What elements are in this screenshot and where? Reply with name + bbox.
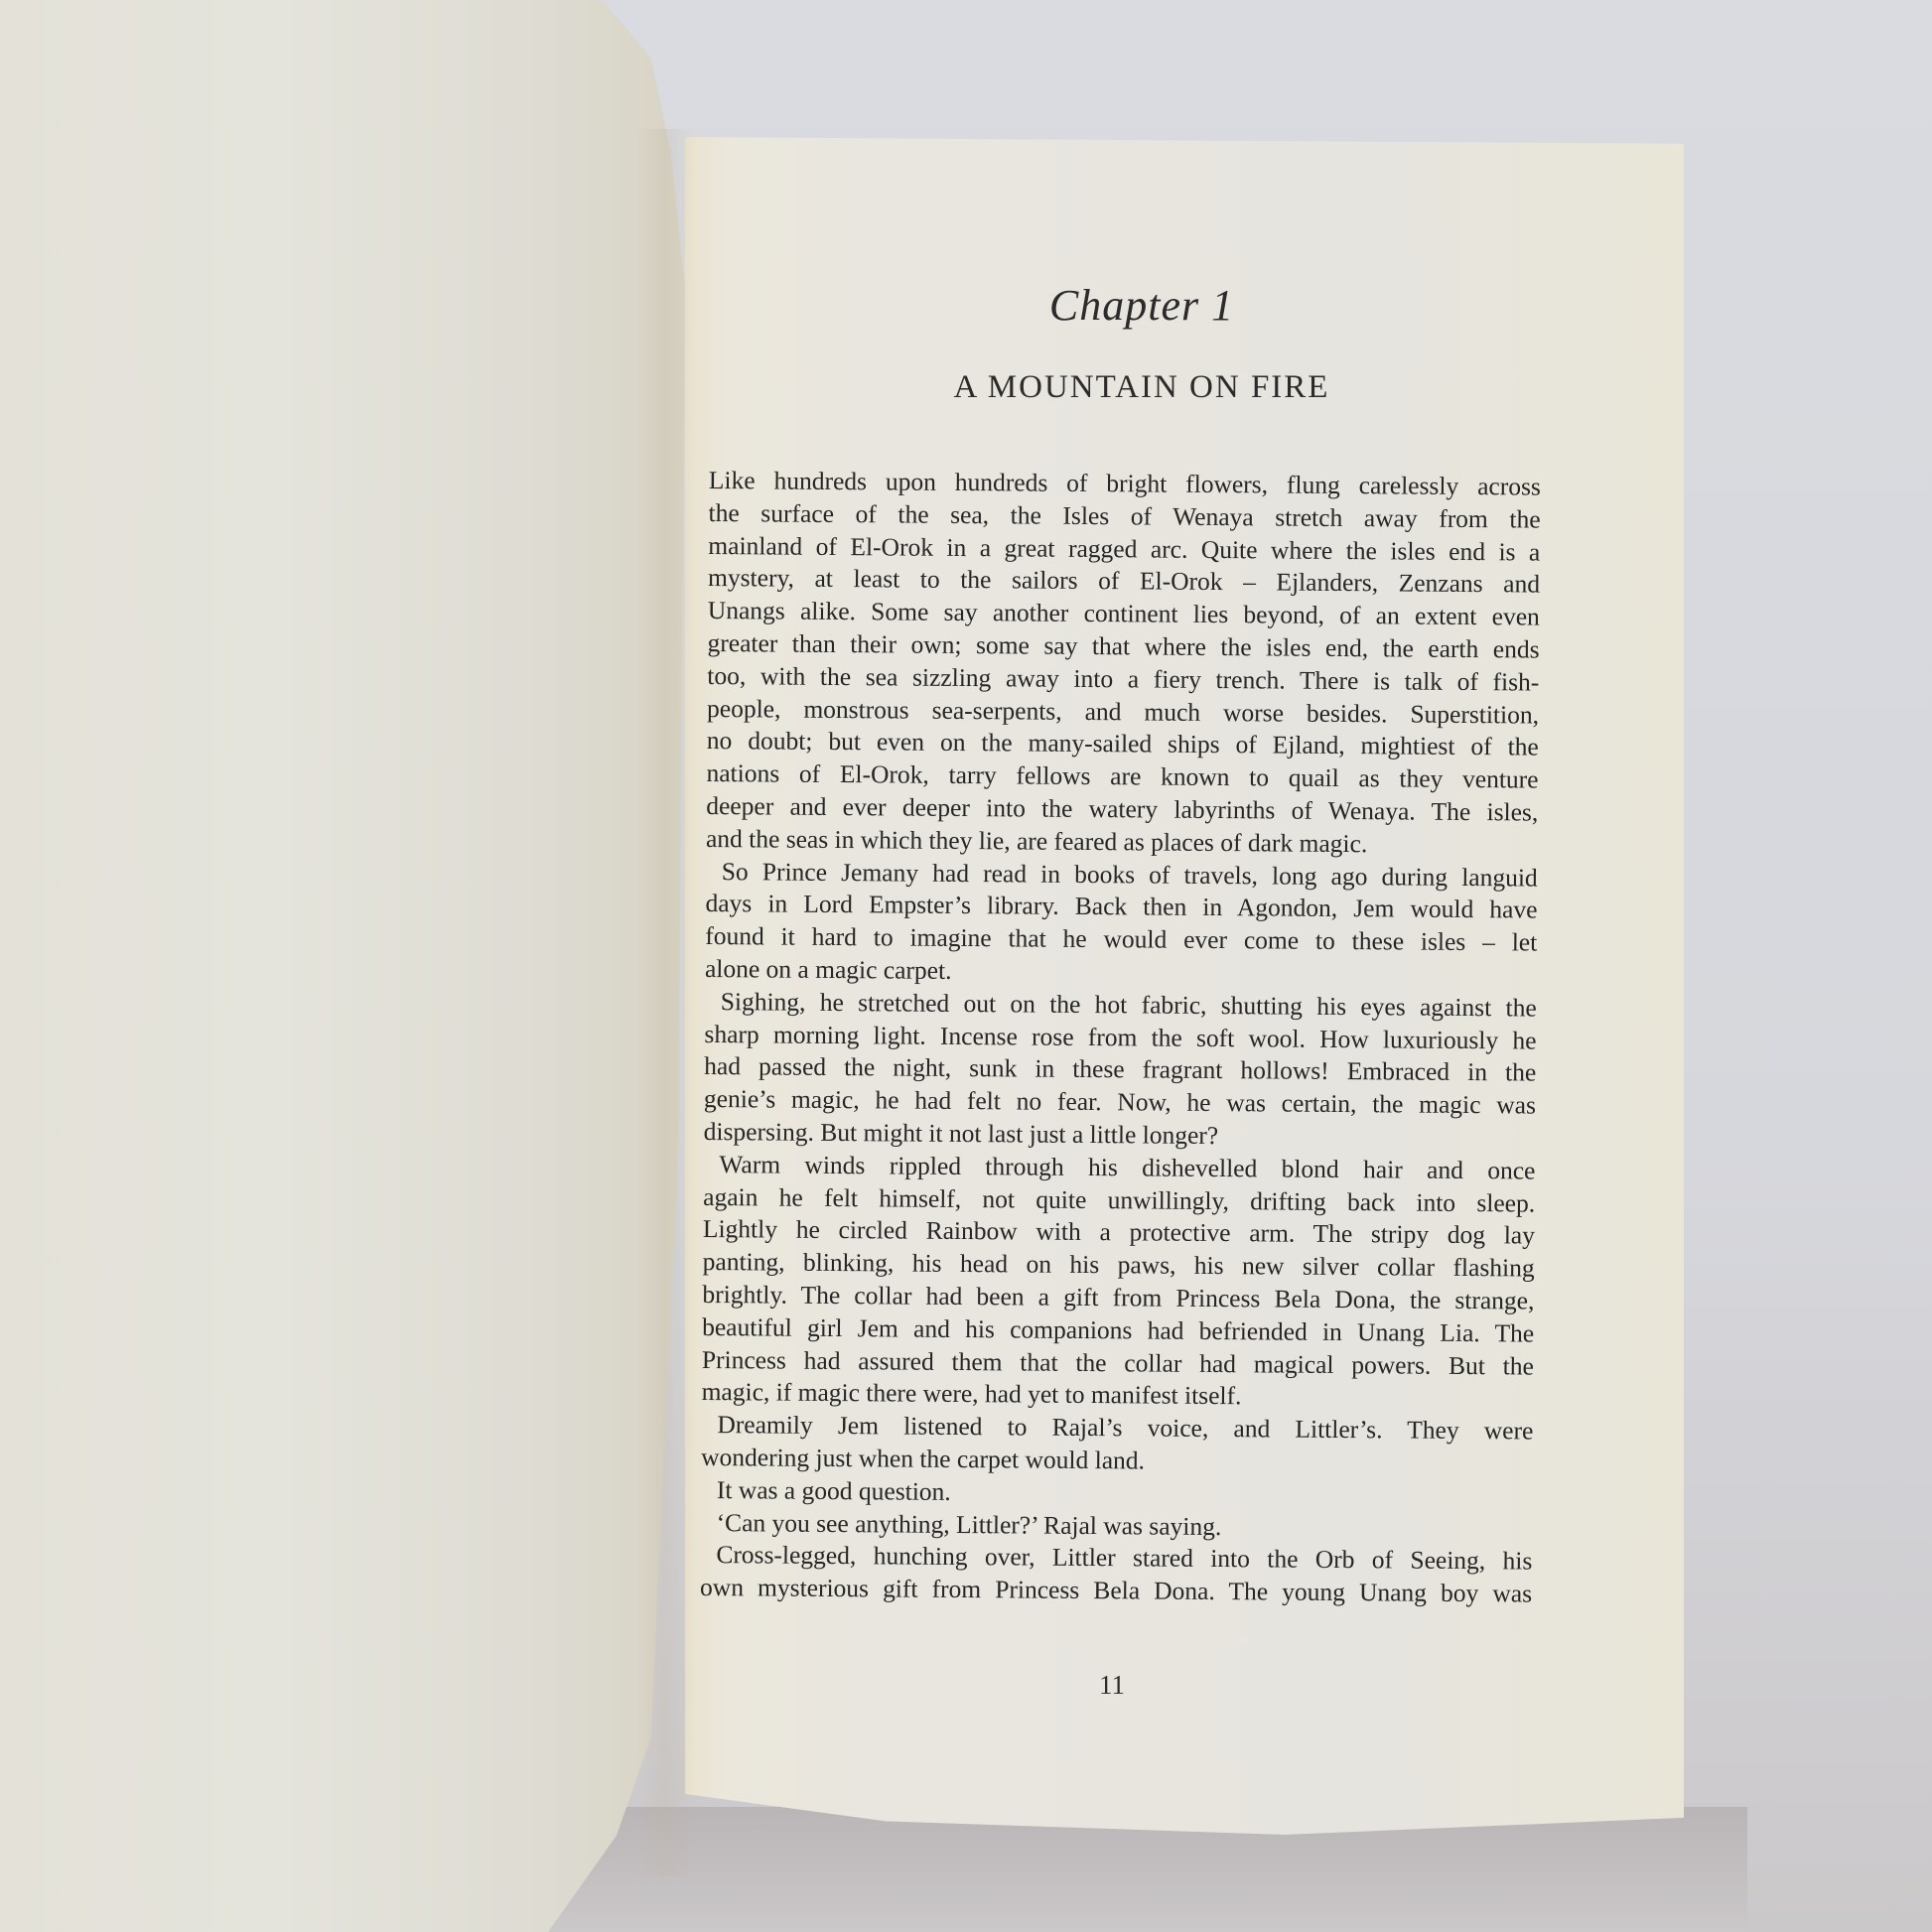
left-page-blank xyxy=(0,0,685,1932)
page-number: 11 xyxy=(1072,1670,1152,1701)
body-text: Like hundreds upon hundreds of bright fl… xyxy=(700,465,1541,1610)
text-line: own mysterious gift from Princess Bela D… xyxy=(700,1572,1532,1610)
chapter-heading: A MOUNTAIN ON FIRE xyxy=(894,369,1390,406)
chapter-title: Chapter 1 xyxy=(1033,280,1251,331)
